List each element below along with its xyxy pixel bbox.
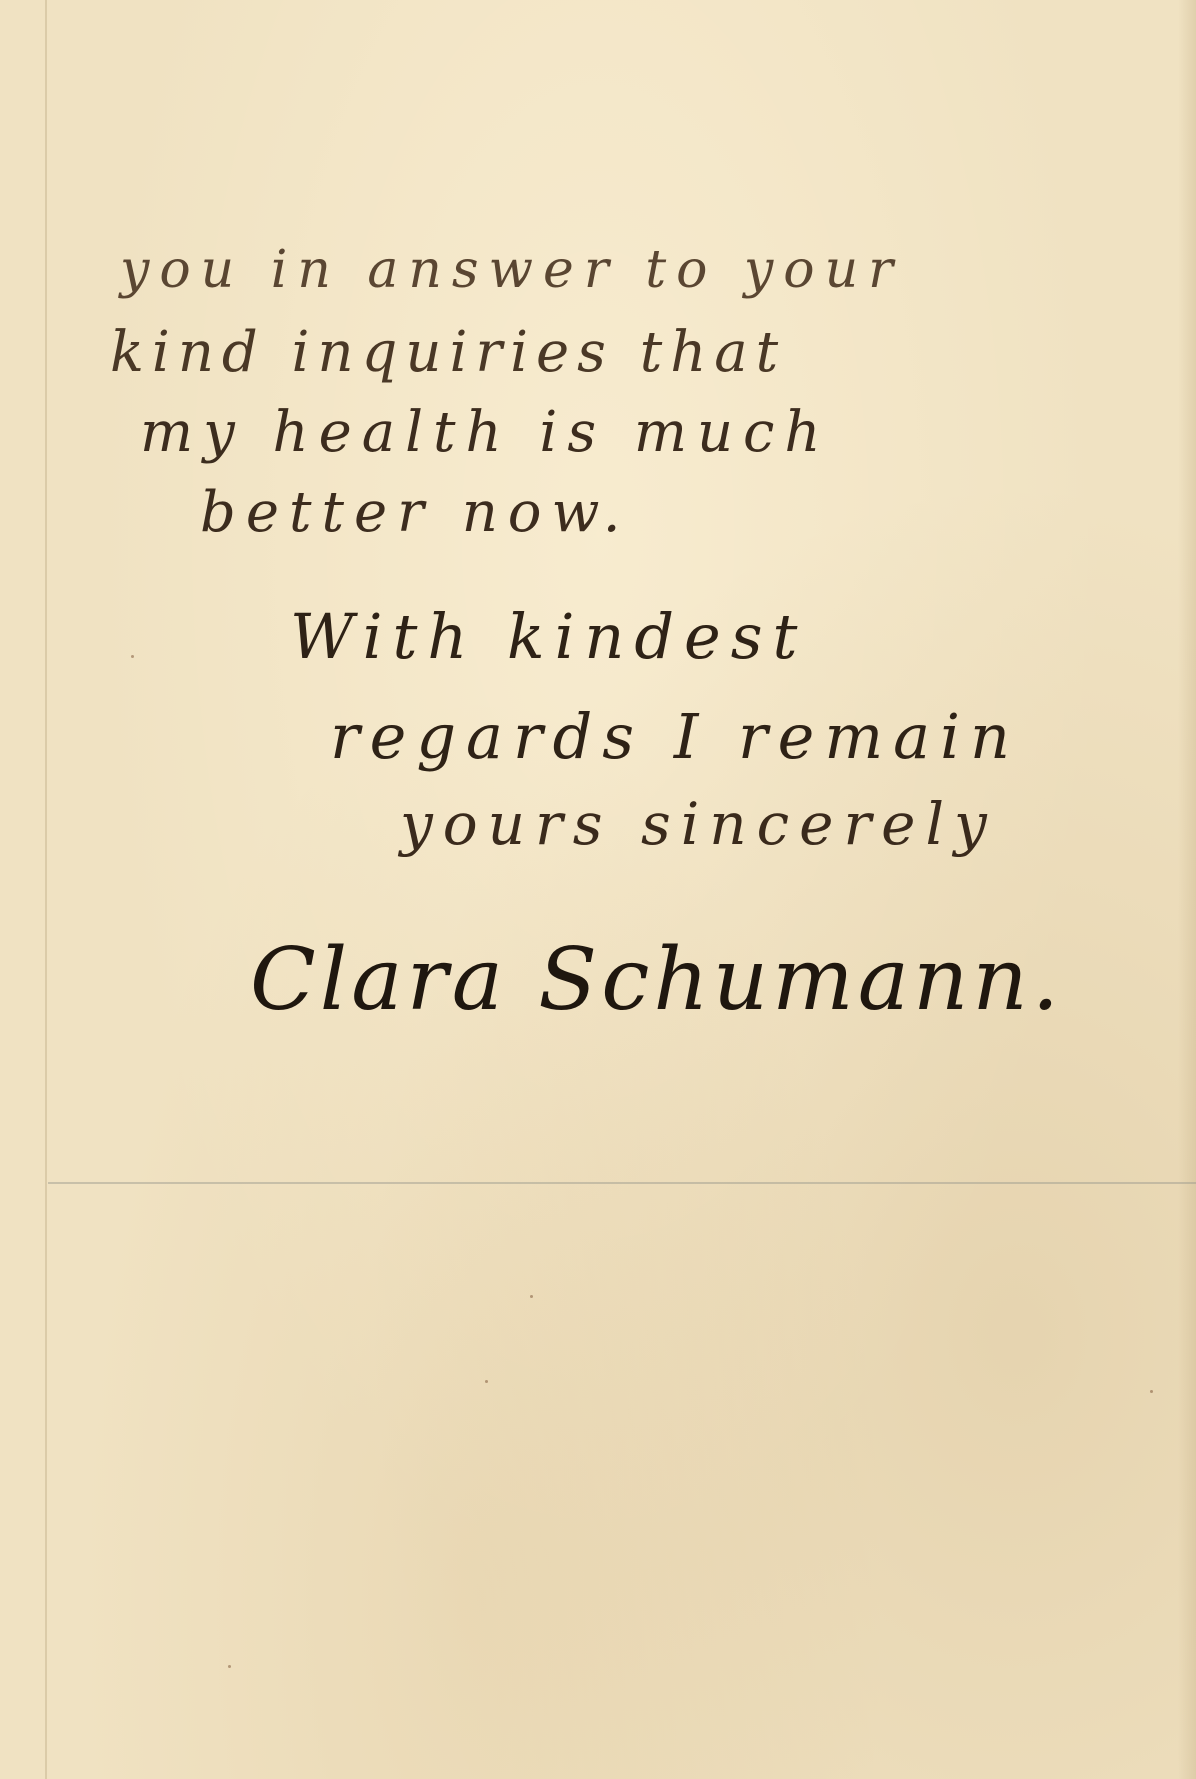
closing-line-2: regards I remain bbox=[330, 700, 1020, 773]
paper-spot bbox=[131, 655, 134, 658]
fold-line bbox=[48, 1182, 1196, 1184]
paper-spot bbox=[485, 1380, 488, 1383]
closing-line-3: yours sincerely bbox=[400, 790, 997, 858]
paper-spot bbox=[228, 1665, 231, 1668]
paper-spot bbox=[1150, 1390, 1153, 1393]
letter-line-4: better now. bbox=[200, 480, 631, 545]
letter-line-1: you in answer to your bbox=[120, 240, 903, 300]
paper-edge-right bbox=[1178, 0, 1196, 1779]
paper-spot bbox=[530, 1295, 533, 1298]
letter-paper: you in answer to your kind inquiries tha… bbox=[0, 0, 1196, 1779]
closing-line-1: With kindest bbox=[290, 600, 807, 673]
letter-line-2: kind inquiries that bbox=[110, 320, 786, 385]
paper-edge-left bbox=[45, 0, 47, 1779]
letter-line-3: my health is much bbox=[140, 400, 830, 465]
signature: Clara Schumann. bbox=[250, 930, 1063, 1030]
